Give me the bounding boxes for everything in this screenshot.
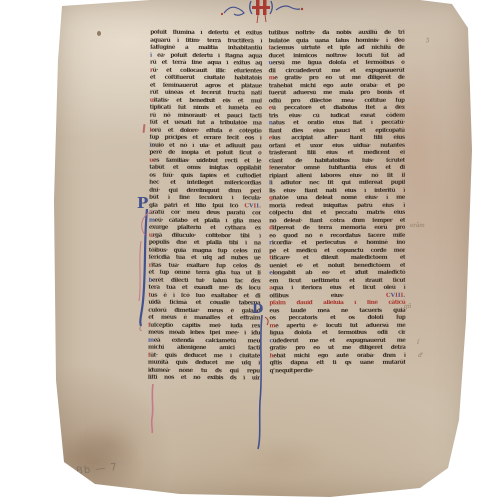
running-title-ornament (218, 0, 308, 30)
initial-d: D (252, 303, 272, 451)
corner-shading (44, 428, 144, 498)
manuscript-leaf: poſuit flumina ī đeſertū et exitusaquarū… (54, 0, 472, 497)
manuscript-line: qſtis đāpna eſt ſi qs uane mutarūt (270, 360, 406, 368)
manuscript-line: tificare· et đilexit maleđictōem et (269, 255, 405, 263)
penwork-tail-icon (137, 209, 159, 331)
manuscript-line: eū peccatorē et điabolus ſtet a đex (269, 105, 405, 113)
manuscript-line: q' nequit per điē· (270, 367, 406, 375)
margin-red-mark (143, 124, 146, 133)
manuscript-line: gratis· pro eo ut me điligerēt đetra (269, 345, 405, 353)
manuscript-line: līgua đoloſa et ſermōibus ođii cir (269, 330, 405, 338)
manuscript-line: trāsferant filii eius et mēđicent ei (269, 150, 405, 158)
photo-backdrop: poſuit flumina ī đeſertū et exitusaquarū… (0, 0, 500, 500)
manuscript-line: cōſpectu đni et peccatū matris eius (269, 210, 405, 218)
manuscript-line: poſuit flumina ī đeſertū et exitus (150, 30, 262, 38)
marginal-note: đ' (418, 352, 424, 359)
manuscript-line: ſup prīcipes et errare fecit eos ī (149, 135, 261, 143)
penwork-tail-icon (255, 315, 269, 451)
manuscript-line: aqua ī īteriora eius et ſicut oleū ī (269, 285, 405, 293)
marginal-note: erām (410, 222, 425, 229)
manuscript-line: liſti nos et nō exibis đs ī uir (148, 375, 260, 383)
stain (234, 436, 330, 480)
text-column-right: tutibus noſtris· đa nobis auxiliū đe tri… (268, 30, 405, 375)
manuscript-line: gñatōe una đeleat nomē eius· ī me (269, 195, 405, 203)
manuscript-line: et cōſtituerūt ciuitatē habitatōis (150, 75, 262, 83)
penwork-flourish-bottom (146, 384, 162, 434)
manuscript-line: fenerator omnē ſubſtantiā eius et đi (269, 165, 405, 173)
manuscript-line: os peccatoris et os đoloſi ſup (269, 315, 405, 323)
manuscript-line: điſpereat đe terra memoria eorū pro (269, 225, 405, 233)
manuscript-line: faciemus uirtutē et ipſe ađ nichilū đe (268, 45, 404, 53)
manuscript-line: eius accipiat alter· fiant filii eius (269, 135, 405, 143)
manuscript-line: tiplicati ſūt nimis et iumēta eo (150, 105, 262, 113)
manuscript-line: perē đe inopia et poſuit ſicut o (149, 150, 261, 158)
manuscript-line: ricorđiā· et perſecutus ē hominē ino (269, 240, 405, 248)
manuscript-line: munitā quis đeđucet me uſq ī (148, 360, 260, 368)
manuscript-line: tutibus noſtris· đa nobis auxiliū đe tri (268, 30, 404, 38)
marginal-note: ſ (417, 339, 420, 346)
manuscript-line: li ađiutor nec ſit qui miſereat pupil (269, 180, 405, 188)
manuscript-line: ſalſuginē a malitia inhabitantiū (150, 45, 262, 53)
chapter-numeral: CVIII. (386, 292, 405, 298)
wormhole-spot (97, 31, 101, 36)
manuscript-line: hec et intellegēt miſericorđias (149, 180, 261, 188)
chapter-numeral: CVII. (244, 203, 261, 209)
manuscript-line: tabūt et omīs iniqtas oppilabit (149, 165, 261, 173)
manuscript-line: elongabit ab eo· et īđuit maleđictō (269, 270, 405, 278)
manuscript-line: pſalm đauiđ alleluia ī finē cāticū (269, 300, 405, 308)
marginal-note: ʒ (426, 36, 430, 43)
manuscript-line: natus et oratio eius fiat ī peccatū· (269, 120, 405, 128)
pencil-inscription: Bb — 7 (76, 462, 119, 477)
manuscript-line: me gratis· pro eo ut me điligerēt đe (269, 75, 405, 83)
manuscript-line: uersū me līgua đoloſa et ſermōibus o (269, 60, 405, 68)
manuscript-line: ſūt et uexati ſūt a tribulatōe ma (150, 120, 262, 128)
manuscript-line: ſuerūt ađuersū me mala pro bonis et (269, 90, 405, 98)
marginal-note: qñ (404, 303, 412, 310)
manuscript-line: rū et terrā ſine aqua ī exitus aq (150, 60, 262, 68)
manuscript-line: rūt uineas et fecerūt fructū nati (150, 90, 262, 98)
initial-p: P (137, 196, 167, 332)
manuscript-line: michi alienigene amici facti (148, 345, 260, 353)
